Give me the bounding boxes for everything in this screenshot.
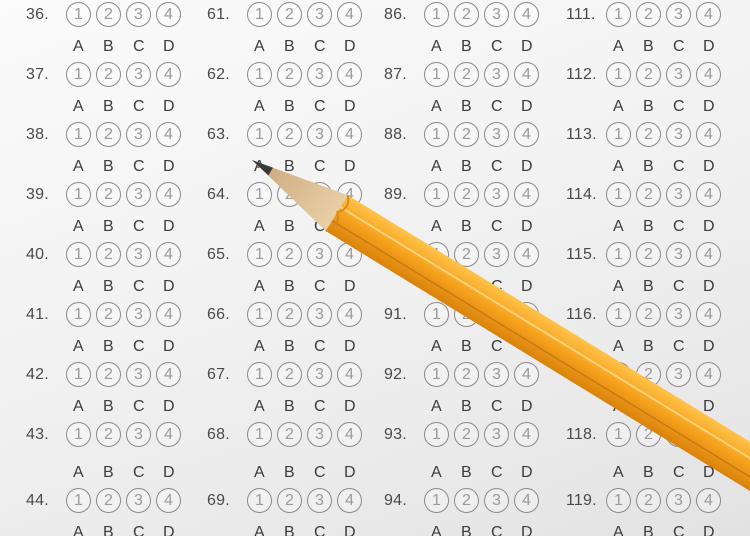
- question-number: 114.: [566, 186, 597, 204]
- answer-bubble[interactable]: 3: [484, 182, 509, 207]
- answer-bubble[interactable]: 4: [514, 182, 539, 207]
- answer-bubble[interactable]: 2: [277, 2, 302, 27]
- choice-label: B: [643, 38, 654, 56]
- answer-bubble[interactable]: 3: [484, 302, 509, 327]
- choice-label: C: [314, 158, 326, 176]
- answer-bubble[interactable]: 1: [66, 182, 91, 207]
- question-number: 111.: [566, 6, 596, 24]
- answer-bubble[interactable]: 2: [454, 2, 479, 27]
- answer-bubble[interactable]: 4: [156, 2, 181, 27]
- choice-label: B: [284, 158, 295, 176]
- choice-label: C: [491, 98, 503, 116]
- choice-label: C: [314, 464, 326, 482]
- answer-bubble[interactable]: 1: [247, 488, 272, 513]
- choice-label: A: [254, 38, 265, 56]
- choice-label: D: [521, 278, 533, 296]
- choice-label: D: [521, 464, 533, 482]
- answer-bubble[interactable]: 1: [247, 62, 272, 87]
- question-number: 37.: [26, 66, 49, 84]
- choice-label: A: [254, 278, 265, 296]
- answer-bubble[interactable]: 2: [277, 362, 302, 387]
- choice-label: B: [643, 464, 654, 482]
- choice-label: B: [643, 98, 654, 116]
- answer-bubble[interactable]: 3: [484, 2, 509, 27]
- answer-bubble[interactable]: 3: [126, 488, 151, 513]
- choice-label: D: [703, 158, 715, 176]
- answer-bubble[interactable]: 3: [484, 122, 509, 147]
- choice-label: C: [491, 464, 503, 482]
- answer-bubble[interactable]: 4: [156, 62, 181, 87]
- choice-label: C: [673, 524, 685, 536]
- choice-label: D: [521, 338, 533, 356]
- answer-bubble[interactable]: 1: [424, 422, 449, 447]
- question-number: 44.: [26, 492, 49, 510]
- answer-bubble[interactable]: 2: [454, 362, 479, 387]
- answer-bubble[interactable]: 2: [96, 488, 121, 513]
- answer-bubble[interactable]: 1: [247, 302, 272, 327]
- choice-label: A: [73, 38, 84, 56]
- answer-bubble[interactable]: 1: [424, 182, 449, 207]
- choice-label: A: [613, 398, 624, 416]
- choice-label: D: [344, 398, 356, 416]
- answer-bubble[interactable]: 1: [424, 242, 449, 267]
- choice-label: C: [314, 398, 326, 416]
- answer-bubble[interactable]: 2: [277, 242, 302, 267]
- choice-label: D: [163, 398, 175, 416]
- answer-bubble[interactable]: 4: [514, 362, 539, 387]
- choice-label: B: [461, 464, 472, 482]
- choice-label: B: [284, 278, 295, 296]
- answer-bubble[interactable]: 1: [606, 182, 631, 207]
- choice-label: A: [73, 398, 84, 416]
- answer-bubble[interactable]: 2: [636, 122, 661, 147]
- choice-label: D: [163, 338, 175, 356]
- answer-bubble[interactable]: 3: [666, 2, 691, 27]
- choice-label: B: [103, 464, 114, 482]
- choice-label: B: [284, 464, 295, 482]
- answer-bubble[interactable]: 1: [66, 302, 91, 327]
- choice-label: C: [491, 38, 503, 56]
- answer-bubble[interactable]: 2: [636, 62, 661, 87]
- answer-bubble[interactable]: 2: [636, 182, 661, 207]
- answer-bubble[interactable]: 3: [126, 362, 151, 387]
- choice-label: A: [431, 98, 442, 116]
- choice-label: B: [103, 98, 114, 116]
- answer-bubble[interactable]: 4: [337, 242, 362, 267]
- choice-label: A: [431, 464, 442, 482]
- answer-bubble[interactable]: 4: [337, 362, 362, 387]
- question-number: 115.: [566, 246, 597, 264]
- answer-bubble[interactable]: 2: [636, 2, 661, 27]
- choice-label: B: [643, 524, 654, 536]
- choice-label: B: [461, 158, 472, 176]
- answer-bubble[interactable]: 1: [424, 302, 449, 327]
- answer-bubble[interactable]: 2: [96, 422, 121, 447]
- answer-bubble[interactable]: 3: [126, 182, 151, 207]
- question-number: 40.: [26, 246, 49, 264]
- choice-label: C: [314, 524, 326, 536]
- answer-bubble[interactable]: 3: [666, 302, 691, 327]
- choice-label: A: [73, 338, 84, 356]
- choice-label: D: [703, 464, 715, 482]
- answer-bubble[interactable]: 2: [454, 122, 479, 147]
- question-number: 41.: [26, 306, 49, 324]
- answer-bubble[interactable]: 2: [277, 302, 302, 327]
- choice-label: C: [314, 38, 326, 56]
- question-number: 112.: [566, 66, 597, 84]
- answer-bubble[interactable]: 2: [96, 302, 121, 327]
- answer-bubble[interactable]: 3: [666, 62, 691, 87]
- answer-bubble[interactable]: 1: [606, 122, 631, 147]
- choice-label: A: [254, 158, 265, 176]
- answer-bubble[interactable]: 1: [606, 488, 631, 513]
- answer-bubble[interactable]: 3: [666, 488, 691, 513]
- answer-bubble[interactable]: 2: [454, 488, 479, 513]
- answer-bubble[interactable]: 3: [484, 362, 509, 387]
- answer-bubble[interactable]: 3: [666, 422, 691, 447]
- choice-label: A: [254, 398, 265, 416]
- question-number: 91.: [384, 306, 407, 324]
- answer-bubble[interactable]: 3: [484, 62, 509, 87]
- answer-bubble[interactable]: 2: [96, 362, 121, 387]
- choice-label: B: [461, 398, 472, 416]
- question-number: 64.: [207, 186, 230, 204]
- choice-label: B: [461, 278, 472, 296]
- answer-bubble[interactable]: 2: [277, 488, 302, 513]
- choice-label: B: [103, 38, 114, 56]
- answer-bubble[interactable]: 4: [337, 422, 362, 447]
- answer-bubble[interactable]: 2: [454, 62, 479, 87]
- choice-label: D: [163, 38, 175, 56]
- choice-label: D: [703, 398, 715, 416]
- answer-bubble[interactable]: 3: [307, 2, 332, 27]
- answer-bubble[interactable]: 2: [277, 62, 302, 87]
- choice-label: A: [431, 338, 442, 356]
- answer-bubble[interactable]: 3: [307, 488, 332, 513]
- answer-bubble[interactable]: 1: [606, 62, 631, 87]
- question-number: 94.: [384, 492, 407, 510]
- choice-label: A: [613, 524, 624, 536]
- answer-bubble[interactable]: 4: [514, 488, 539, 513]
- choice-label: D: [344, 278, 356, 296]
- answer-bubble[interactable]: 2: [96, 122, 121, 147]
- choice-label: A: [73, 218, 84, 236]
- choice-label: D: [521, 38, 533, 56]
- answer-bubble[interactable]: 1: [66, 62, 91, 87]
- choice-label: A: [254, 218, 265, 236]
- choice-label: D: [521, 524, 533, 536]
- question-number: 119.: [566, 492, 597, 510]
- answer-bubble[interactable]: 4: [696, 488, 721, 513]
- answer-bubble[interactable]: 4: [696, 62, 721, 87]
- answer-bubble[interactable]: 2: [96, 242, 121, 267]
- choice-label: B: [103, 524, 114, 536]
- answer-bubble[interactable]: 1: [66, 422, 91, 447]
- answer-bubble[interactable]: 3: [484, 488, 509, 513]
- answer-bubble[interactable]: 2: [636, 362, 661, 387]
- answer-bubble[interactable]: 2: [454, 182, 479, 207]
- choice-label: B: [643, 158, 654, 176]
- answer-bubble[interactable]: 3: [666, 182, 691, 207]
- answer-bubble[interactable]: 4: [514, 62, 539, 87]
- choice-label: B: [461, 98, 472, 116]
- choice-label: A: [254, 98, 265, 116]
- choice-label: D: [163, 524, 175, 536]
- question-number: 62.: [207, 66, 230, 84]
- answer-bubble[interactable]: 4: [514, 422, 539, 447]
- answer-bubble[interactable]: 2: [96, 2, 121, 27]
- answer-sheet: 36.1234ABCD37.1234ABCD38.1234ABCD39.1234…: [0, 0, 750, 536]
- answer-bubble[interactable]: 2: [277, 122, 302, 147]
- answer-bubble[interactable]: 3: [307, 302, 332, 327]
- choice-label: B: [461, 524, 472, 536]
- answer-bubble[interactable]: 4: [156, 362, 181, 387]
- choice-label: C: [673, 38, 685, 56]
- choice-label: C: [491, 524, 503, 536]
- question-number: 39.: [26, 186, 49, 204]
- question-number: 38.: [26, 126, 49, 144]
- question-number: 88.: [384, 126, 407, 144]
- answer-bubble[interactable]: 1: [424, 362, 449, 387]
- question-number: 116.: [566, 306, 597, 324]
- choice-label: C: [133, 278, 145, 296]
- answer-bubble[interactable]: 3: [126, 242, 151, 267]
- answer-bubble[interactable]: 4: [337, 2, 362, 27]
- answer-bubble[interactable]: 1: [247, 122, 272, 147]
- answer-bubble[interactable]: 3: [307, 422, 332, 447]
- question-number: 89.: [384, 186, 407, 204]
- answer-bubble[interactable]: 2: [636, 242, 661, 267]
- choice-label: A: [431, 398, 442, 416]
- answer-bubble[interactable]: 1: [247, 242, 272, 267]
- choice-label: D: [521, 98, 533, 116]
- choice-label: A: [254, 464, 265, 482]
- answer-bubble[interactable]: 4: [156, 242, 181, 267]
- answer-bubble[interactable]: 3: [666, 122, 691, 147]
- answer-bubble[interactable]: 4: [696, 182, 721, 207]
- choice-label: B: [284, 38, 295, 56]
- answer-bubble[interactable]: 3: [307, 62, 332, 87]
- choice-label: C: [133, 218, 145, 236]
- choice-label: D: [163, 218, 175, 236]
- choice-label: B: [461, 38, 472, 56]
- choice-label: B: [284, 338, 295, 356]
- answer-bubble[interactable]: 4: [514, 2, 539, 27]
- answer-bubble[interactable]: 1: [606, 362, 631, 387]
- choice-label: D: [703, 524, 715, 536]
- choice-label: A: [431, 524, 442, 536]
- choice-label: C: [133, 98, 145, 116]
- answer-bubble[interactable]: 3: [307, 242, 332, 267]
- choice-label: A: [73, 98, 84, 116]
- choice-label: C: [491, 158, 503, 176]
- answer-bubble[interactable]: 1: [66, 488, 91, 513]
- answer-bubble[interactable]: 4: [337, 182, 362, 207]
- answer-bubble[interactable]: 1: [66, 362, 91, 387]
- answer-bubble[interactable]: 4: [696, 242, 721, 267]
- answer-bubble[interactable]: 1: [66, 122, 91, 147]
- choice-label: C: [673, 158, 685, 176]
- answer-bubble[interactable]: 1: [247, 2, 272, 27]
- answer-bubble[interactable]: 2: [636, 488, 661, 513]
- answer-bubble[interactable]: 4: [156, 488, 181, 513]
- choice-label: B: [284, 524, 295, 536]
- choice-label: B: [103, 158, 114, 176]
- choice-label: C: [673, 398, 685, 416]
- answer-bubble[interactable]: 2: [454, 242, 479, 267]
- answer-bubble[interactable]: 1: [606, 2, 631, 27]
- answer-bubble[interactable]: 3: [666, 362, 691, 387]
- choice-label: C: [314, 218, 326, 236]
- choice-label: A: [613, 218, 624, 236]
- choice-label: B: [103, 398, 114, 416]
- choice-label: D: [163, 98, 175, 116]
- answer-bubble[interactable]: 2: [277, 182, 302, 207]
- choice-label: B: [284, 218, 295, 236]
- answer-bubble[interactable]: 4: [696, 2, 721, 27]
- answer-bubble[interactable]: 3: [126, 122, 151, 147]
- choice-label: C: [673, 338, 685, 356]
- answer-bubble[interactable]: 3: [484, 422, 509, 447]
- answer-bubble[interactable]: 4: [337, 122, 362, 147]
- answer-bubble[interactable]: 4: [696, 302, 721, 327]
- answer-bubble[interactable]: 4: [514, 242, 539, 267]
- choice-label: C: [673, 278, 685, 296]
- question-number: 65.: [207, 246, 230, 264]
- answer-bubble[interactable]: 3: [666, 242, 691, 267]
- question-number: 69.: [207, 492, 230, 510]
- answer-bubble[interactable]: 3: [126, 422, 151, 447]
- choice-label: A: [431, 158, 442, 176]
- answer-bubble[interactable]: 3: [307, 122, 332, 147]
- choice-label: C: [314, 98, 326, 116]
- choice-label: A: [613, 158, 624, 176]
- answer-bubble[interactable]: 1: [66, 242, 91, 267]
- choice-label: D: [344, 98, 356, 116]
- choice-label: C: [491, 338, 503, 356]
- answer-bubble[interactable]: 2: [454, 422, 479, 447]
- answer-bubble[interactable]: 1: [606, 242, 631, 267]
- answer-bubble[interactable]: 4: [696, 122, 721, 147]
- choice-label: D: [344, 338, 356, 356]
- answer-bubble[interactable]: 4: [156, 422, 181, 447]
- answer-bubble[interactable]: 2: [454, 302, 479, 327]
- question-number: 61.: [207, 6, 230, 24]
- answer-bubble[interactable]: 3: [126, 62, 151, 87]
- choice-label: A: [431, 278, 442, 296]
- choice-label: B: [461, 338, 472, 356]
- answer-bubble[interactable]: 1: [424, 2, 449, 27]
- choice-label: C: [491, 398, 503, 416]
- answer-bubble[interactable]: 3: [126, 302, 151, 327]
- choice-label: A: [73, 524, 84, 536]
- choice-label: C: [133, 524, 145, 536]
- choice-label: D: [703, 98, 715, 116]
- choice-label: D: [703, 278, 715, 296]
- question-number: 68.: [207, 426, 230, 444]
- choice-label: C: [133, 38, 145, 56]
- choice-label: A: [73, 278, 84, 296]
- answer-bubble[interactable]: 2: [96, 182, 121, 207]
- answer-bubble[interactable]: 4: [337, 302, 362, 327]
- choice-label: C: [314, 338, 326, 356]
- choice-label: D: [344, 218, 356, 236]
- answer-bubble[interactable]: 4: [156, 182, 181, 207]
- choice-label: D: [703, 338, 715, 356]
- answer-bubble[interactable]: 3: [307, 182, 332, 207]
- choice-label: D: [521, 158, 533, 176]
- choice-label: D: [521, 218, 533, 236]
- choice-label: C: [314, 278, 326, 296]
- choice-label: A: [73, 464, 84, 482]
- question-number: 87.: [384, 66, 407, 84]
- answer-bubble[interactable]: 3: [307, 362, 332, 387]
- choice-label: A: [254, 524, 265, 536]
- choice-label: D: [344, 464, 356, 482]
- answer-bubble[interactable]: 1: [247, 422, 272, 447]
- answer-bubble[interactable]: 4: [156, 302, 181, 327]
- choice-label: B: [284, 98, 295, 116]
- choice-label: D: [344, 38, 356, 56]
- answer-bubble[interactable]: 4: [337, 62, 362, 87]
- question-number: 63.: [207, 126, 230, 144]
- choice-label: D: [344, 524, 356, 536]
- answer-bubble[interactable]: 4: [696, 362, 721, 387]
- answer-bubble[interactable]: 4: [696, 422, 721, 447]
- question-number: 93.: [384, 426, 407, 444]
- choice-label: D: [163, 464, 175, 482]
- choice-label: B: [643, 218, 654, 236]
- answer-bubble[interactable]: 2: [96, 62, 121, 87]
- question-number: 36.: [26, 6, 49, 24]
- choice-label: B: [461, 218, 472, 236]
- question-number: 43.: [26, 426, 49, 444]
- answer-bubble[interactable]: 1: [66, 2, 91, 27]
- choice-label: B: [103, 218, 114, 236]
- choice-label: D: [344, 158, 356, 176]
- answer-bubble[interactable]: 2: [636, 422, 661, 447]
- answer-bubble[interactable]: 1: [247, 182, 272, 207]
- answer-bubble[interactable]: 1: [247, 362, 272, 387]
- choice-label: D: [521, 398, 533, 416]
- question-number: 86.: [384, 6, 407, 24]
- answer-bubble[interactable]: 4: [156, 122, 181, 147]
- answer-bubble[interactable]: 3: [484, 242, 509, 267]
- answer-bubble[interactable]: 2: [636, 302, 661, 327]
- choice-label: B: [643, 278, 654, 296]
- answer-bubble[interactable]: 1: [424, 122, 449, 147]
- answer-bubble[interactable]: 2: [277, 422, 302, 447]
- choice-label: D: [163, 158, 175, 176]
- choice-label: A: [613, 38, 624, 56]
- answer-bubble[interactable]: 4: [514, 302, 539, 327]
- choice-label: B: [643, 398, 654, 416]
- answer-bubble[interactable]: 4: [514, 122, 539, 147]
- answer-bubble[interactable]: 4: [337, 488, 362, 513]
- question-number: 92.: [384, 366, 407, 384]
- question-number: 67.: [207, 366, 230, 384]
- answer-bubble[interactable]: 1: [606, 302, 631, 327]
- choice-label: A: [254, 338, 265, 356]
- answer-bubble[interactable]: 1: [424, 488, 449, 513]
- choice-label: A: [613, 464, 624, 482]
- choice-label: D: [703, 38, 715, 56]
- answer-bubble[interactable]: 3: [126, 2, 151, 27]
- answer-bubble[interactable]: 1: [424, 62, 449, 87]
- answer-bubble[interactable]: 1: [606, 422, 631, 447]
- question-number: 113.: [566, 126, 597, 144]
- choice-label: C: [133, 158, 145, 176]
